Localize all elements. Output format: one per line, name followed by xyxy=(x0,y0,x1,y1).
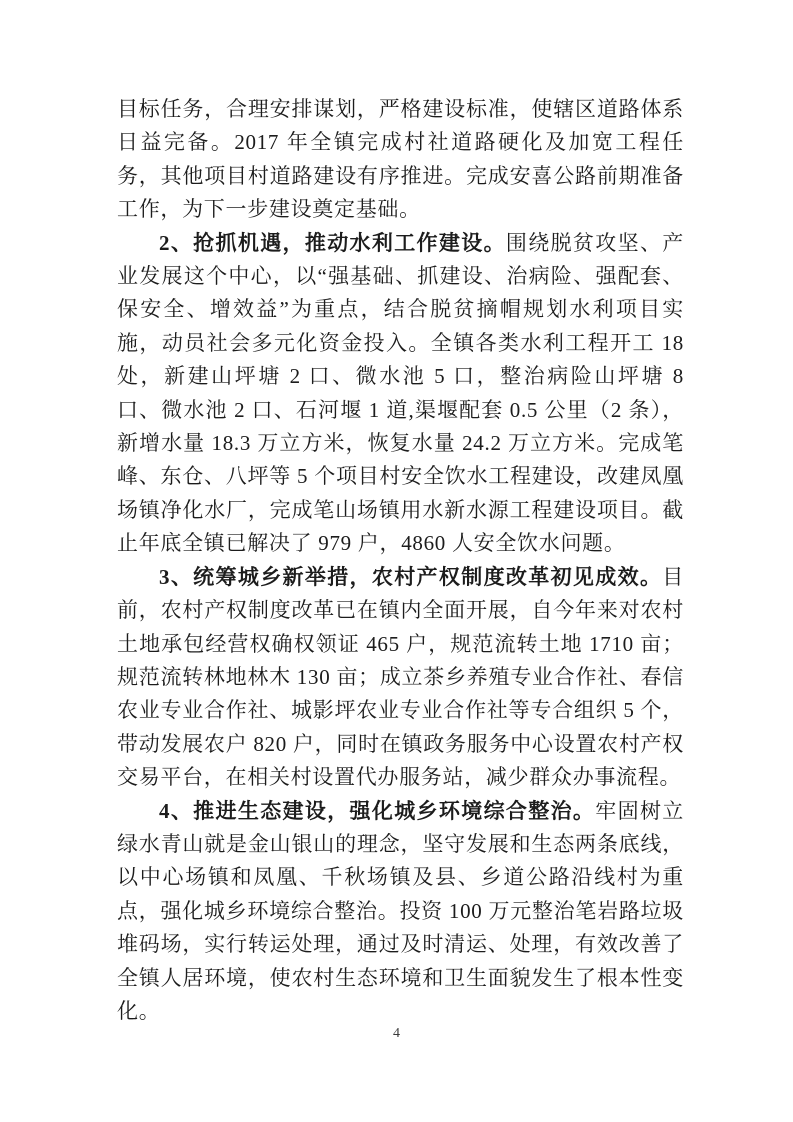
paragraph-section-2: 2、抢抓机遇，推动水利工作建设。围绕脱贫攻坚、产业发展这个中心，以“强基础、抓建… xyxy=(117,227,684,561)
document-body: 目标任务，合理安排谋划，严格建设标准，使辖区道路体系日益完备。2017 年全镇完… xyxy=(117,93,684,1028)
paragraph-section-4: 4、推进生态建设，强化城乡环境综合整治。牢固树立绿水青山就是金山银山的理念，坚守… xyxy=(117,795,684,1029)
document-page: 目标任务，合理安排谋划，严格建设标准，使辖区道路体系日益完备。2017 年全镇完… xyxy=(0,0,793,1122)
section-2-heading: 2、抢抓机遇，推动水利工作建设。 xyxy=(159,231,506,255)
page-number: 4 xyxy=(0,1026,793,1042)
paragraph-section-3: 3、统筹城乡新举措，农村产权制度改革初见成效。目前，农村产权制度改革已在镇内全面… xyxy=(117,561,684,795)
paragraph-text: 围绕脱贫攻坚、产业发展这个中心，以“强基础、抓建设、治病险、强配套、保安全、增效… xyxy=(117,231,684,556)
paragraph-text: 牢固树立绿水青山就是金山银山的理念，坚守发展和生态两条底线，以中心场镇和凤凰、千… xyxy=(117,799,684,1023)
paragraph-text: 目标任务，合理安排谋划，严格建设标准，使辖区道路体系日益完备。2017 年全镇完… xyxy=(117,97,684,221)
paragraph-text: 目前，农村产权制度改革已在镇内全面开展，自今年来对农村土地承包经营权确权领证 4… xyxy=(117,565,684,789)
paragraph-continuation: 目标任务，合理安排谋划，严格建设标准，使辖区道路体系日益完备。2017 年全镇完… xyxy=(117,93,684,227)
section-4-heading: 4、推进生态建设，强化城乡环境综合整治。 xyxy=(159,799,595,823)
section-3-heading: 3、统筹城乡新举措，农村产权制度改革初见成效。 xyxy=(159,565,662,589)
